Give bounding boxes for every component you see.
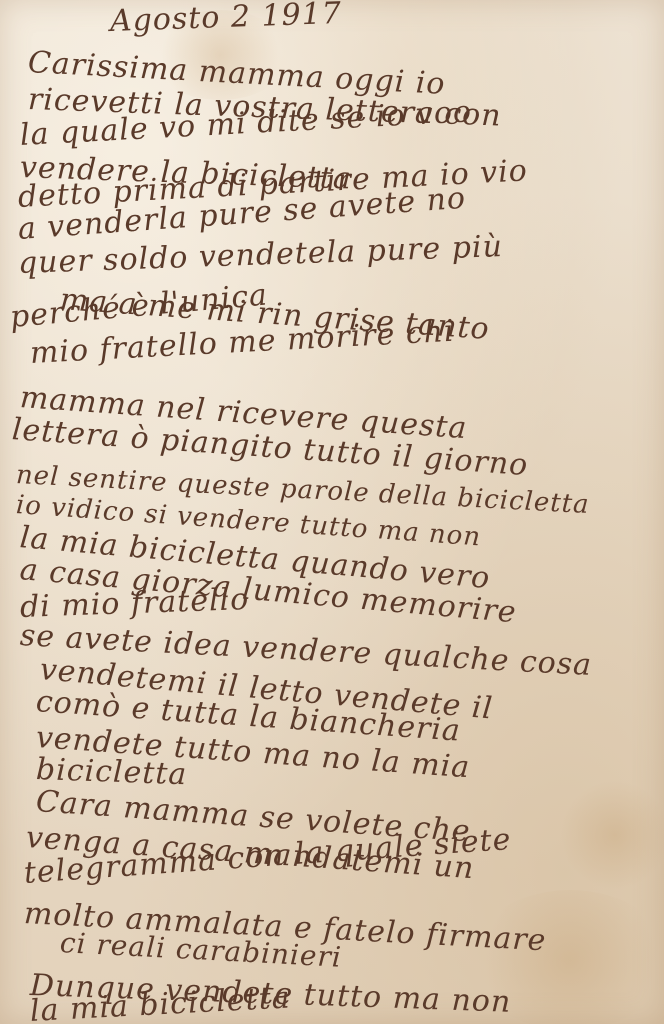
letter-page: Agosto 2 1917 Carissima mamma oggi io ri…: [0, 0, 664, 1024]
letter-date: Agosto 2 1917: [109, 0, 342, 39]
paper-stain: [560, 780, 664, 890]
letter-line: di mio fratello: [19, 582, 249, 625]
